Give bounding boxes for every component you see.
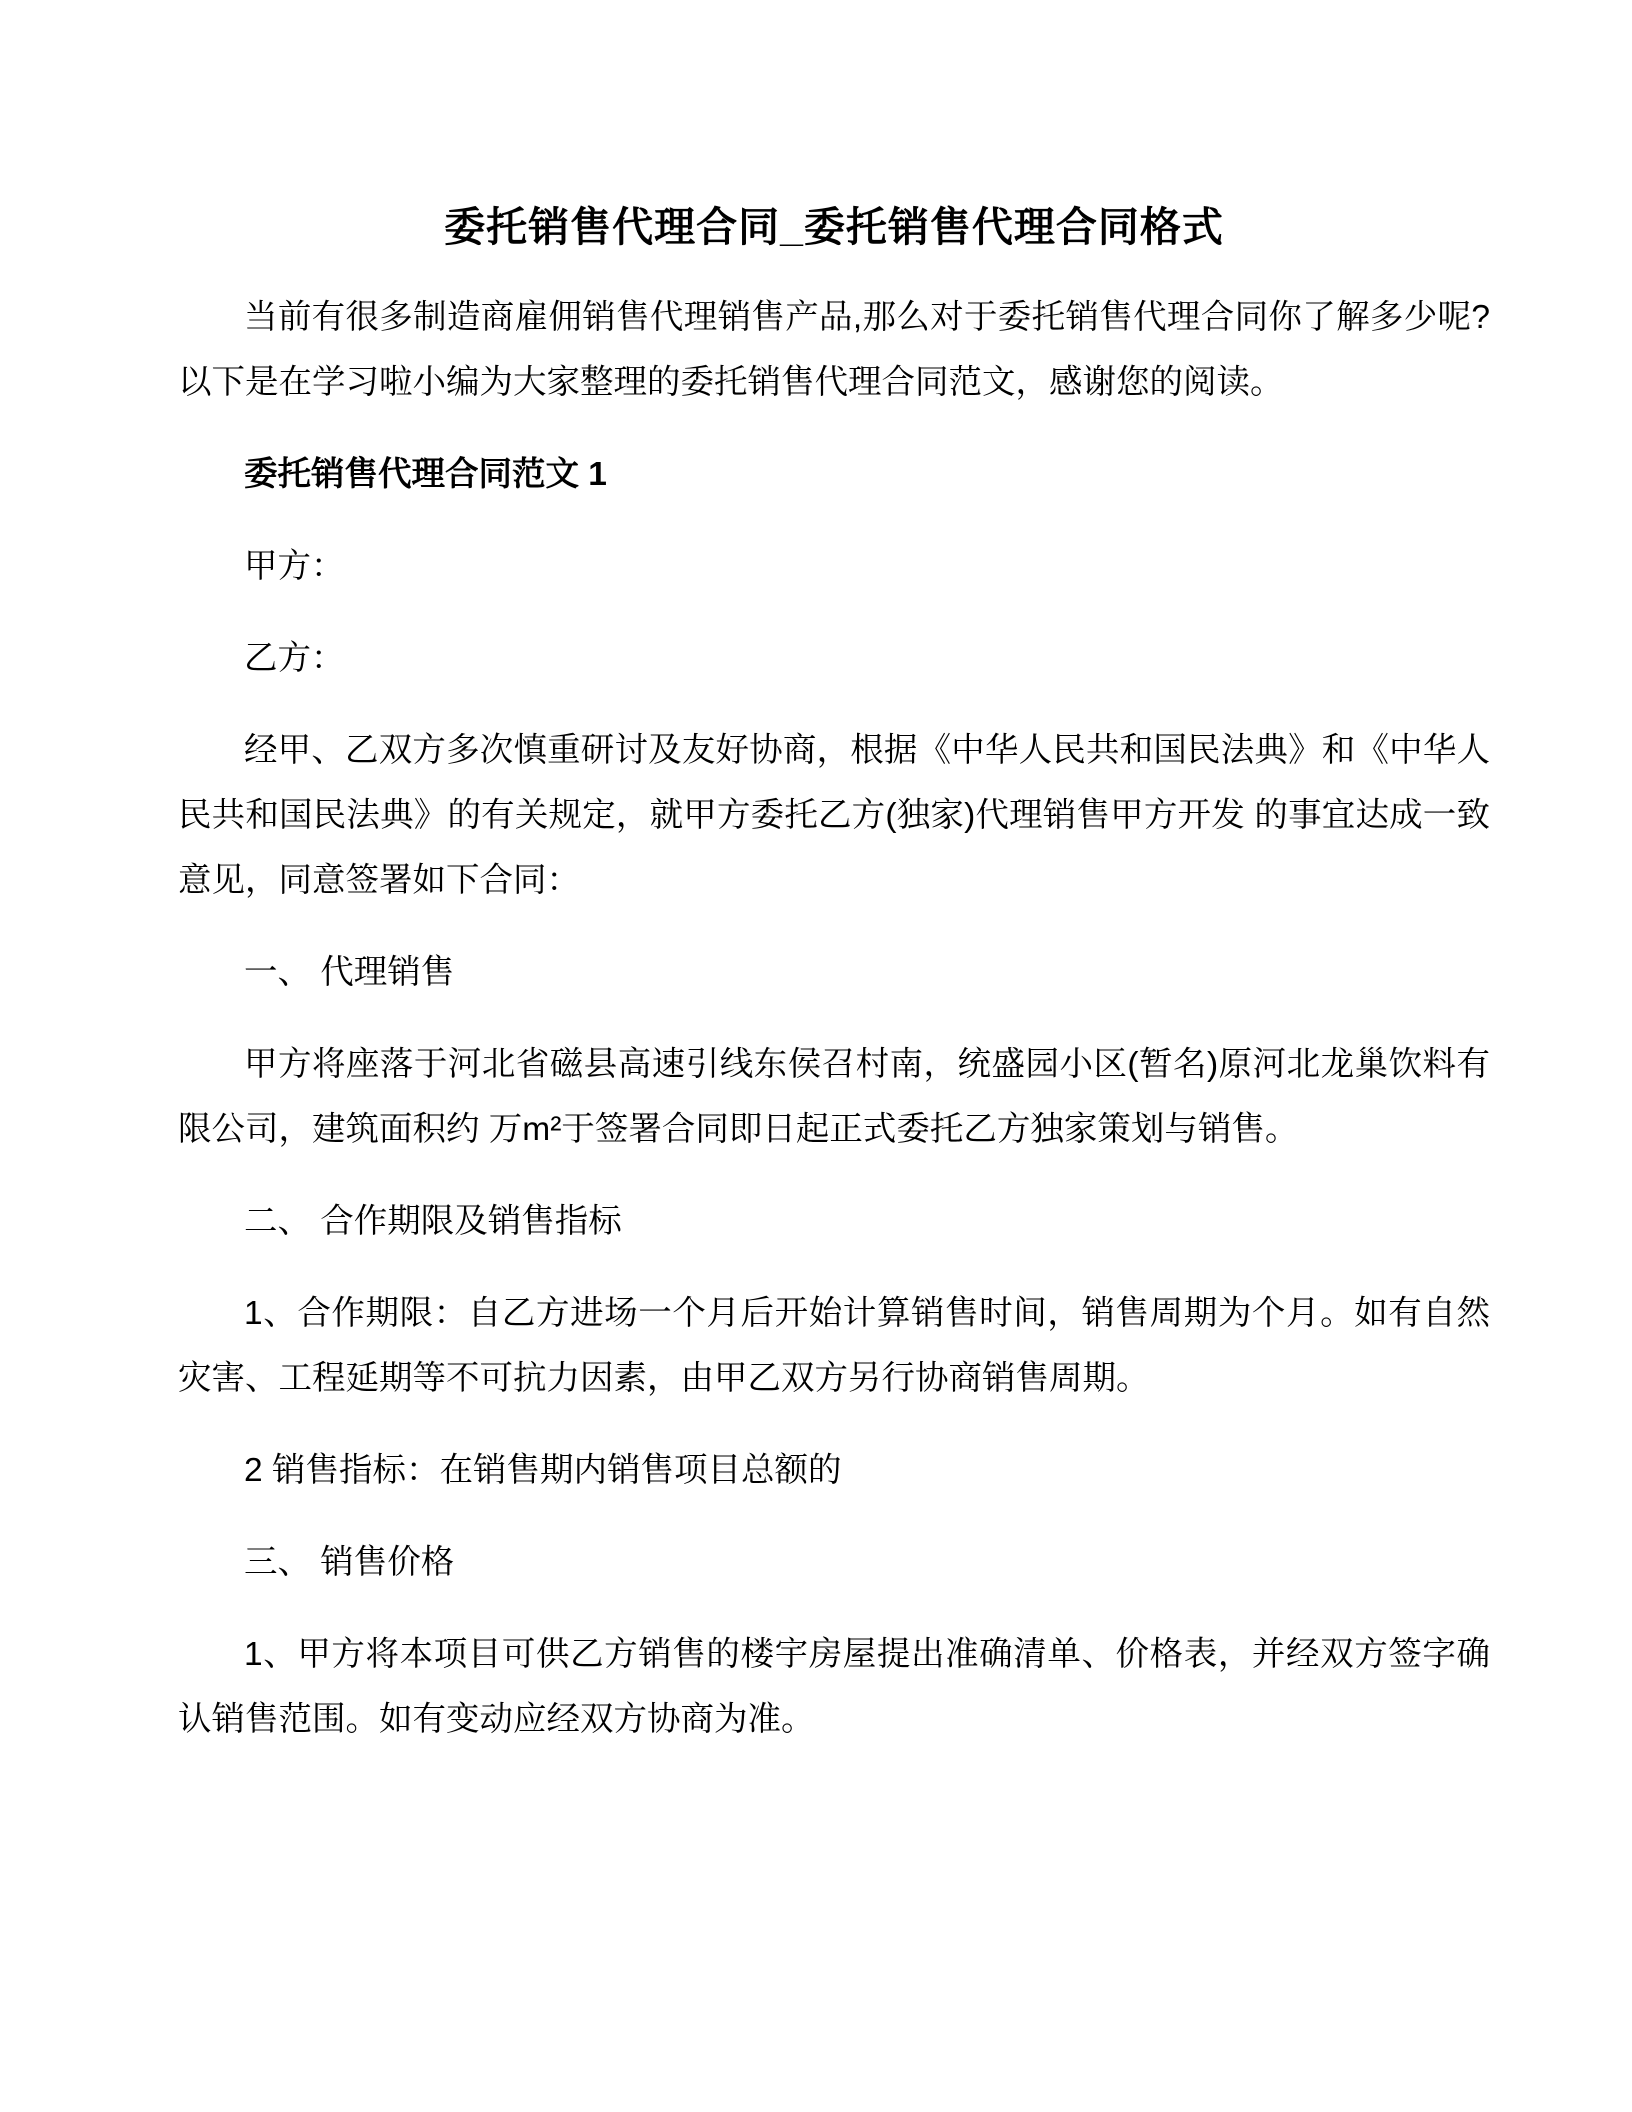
party-b-line: 乙方：: [178, 626, 1490, 691]
intro-paragraph: 当前有很多制造商雇佣销售代理销售产品,那么对于委托销售代理合同你了解多少呢?以下…: [178, 285, 1490, 415]
preamble-paragraph: 经甲、乙双方多次慎重研讨及友好协商，根据《中华人民共和国民法典》和《中华人民共和…: [178, 718, 1490, 913]
sample-contract-heading: 委托销售代理合同范文 1: [178, 442, 1490, 507]
section-1-heading: 一、 代理销售: [178, 940, 1490, 1005]
section-3-clause-1: 1、甲方将本项目可供乙方销售的楼宇房屋提出准确清单、价格表，并经双方签字确认销售…: [178, 1622, 1490, 1752]
document-title: 委托销售代理合同_委托销售代理合同格式: [178, 195, 1490, 260]
section-2-clause-2: 2 销售指标：在销售期内销售项目总额的: [178, 1438, 1490, 1503]
section-2-heading: 二、 合作期限及销售指标: [178, 1189, 1490, 1254]
section-1-body: 甲方将座落于河北省磁县高速引线东侯召村南，统盛园小区(暂名)原河北龙巢饮料有限公…: [178, 1032, 1490, 1162]
document-page: 委托销售代理合同_委托销售代理合同格式 当前有很多制造商雇佣销售代理销售产品,那…: [0, 0, 1632, 2112]
section-2-clause-1: 1、合作期限：自乙方进场一个月后开始计算销售时间，销售周期为个月。如有自然灾害、…: [178, 1281, 1490, 1411]
party-a-line: 甲方：: [178, 534, 1490, 599]
section-3-heading: 三、 销售价格: [178, 1530, 1490, 1595]
